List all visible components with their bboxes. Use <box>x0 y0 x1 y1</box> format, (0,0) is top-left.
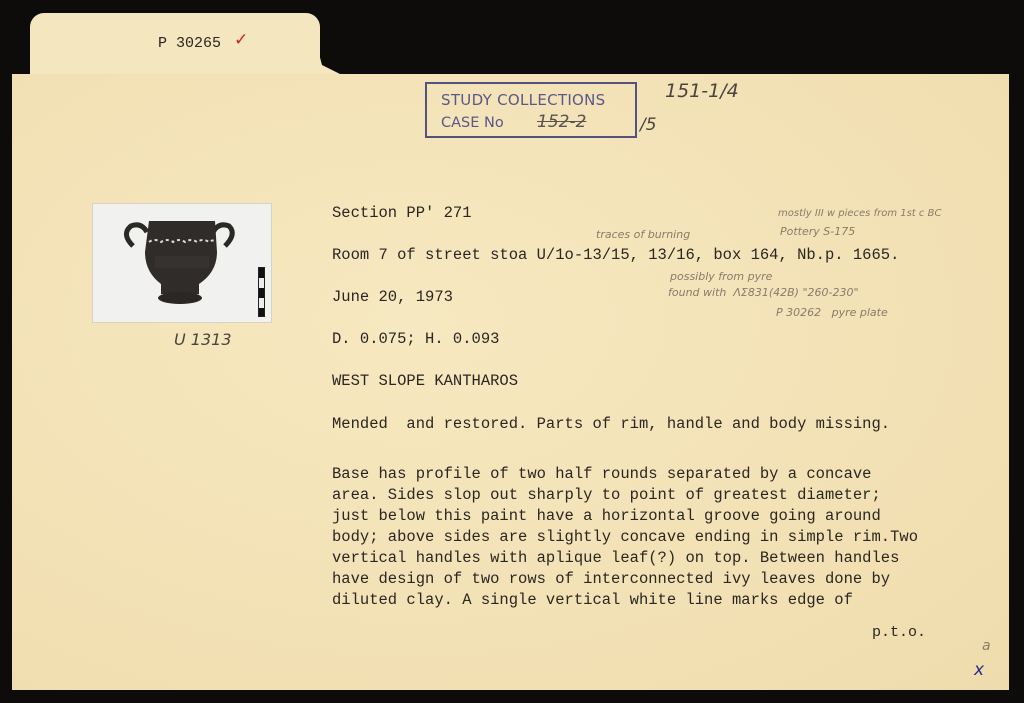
pto-note: p.t.o. <box>872 624 926 641</box>
note-corner-x: x <box>974 660 984 680</box>
condition-line: Mended and restored. Parts of rim, handl… <box>332 415 890 433</box>
description-line: have design of two rows of interconnecte… <box>332 570 890 588</box>
stamp-case-label: CASE No <box>441 115 504 131</box>
note-possibly-from-pyre: possibly from pyre <box>670 270 772 283</box>
description-line: body; above sides are slightly concave e… <box>332 528 918 546</box>
note-corner-a: a <box>982 638 991 654</box>
note-pottery: Pottery S-175 <box>780 225 855 238</box>
photo-inventory-label: U 1313 <box>174 330 232 349</box>
note-found-with: found with ΛΣ831(42B) "260-230" <box>668 286 859 299</box>
case-annotation: 151-1/4 <box>665 80 739 102</box>
stamp-title: STUDY COLLECTIONS <box>441 91 606 109</box>
title-line: WEST SLOPE KANTHAROS <box>332 372 518 390</box>
description-line: area. Sides slop out sharply to point of… <box>332 486 881 504</box>
description-line: diluted clay. A single vertical white li… <box>332 591 853 609</box>
inventory-number: P 30265 <box>158 35 221 52</box>
description-line: vertical handles with aplique leaf(?) on… <box>332 549 899 567</box>
description-line: just below this paint have a horizontal … <box>332 507 881 525</box>
date-line: June 20, 1973 <box>332 288 453 306</box>
stamp-case-value-struck: 152-2 <box>537 112 586 132</box>
note-traces-of-burning: traces of burning <box>596 228 690 241</box>
note-mostly: mostly III w pieces from 1st c BC <box>778 208 941 219</box>
section-line: Section PP' 271 <box>332 204 472 222</box>
kantharos-vase-icon <box>93 204 271 322</box>
description-line: Base has profile of two half rounds sepa… <box>332 465 872 483</box>
note-pyre-plate: P 30262 pyre plate <box>776 306 888 319</box>
card-tab-slope <box>300 20 340 80</box>
kantharos-photo <box>92 203 272 323</box>
location-line: Room 7 of street stoa U/1o-13/15, 13/16,… <box>332 246 899 264</box>
case-value-new: /5 <box>640 115 657 135</box>
study-collections-stamp: STUDY COLLECTIONS CASE No 152-2 <box>425 82 637 138</box>
scale-bar <box>258 267 265 317</box>
dimensions-line: D. 0.075; H. 0.093 <box>332 330 499 348</box>
check-mark-icon: ✓ <box>234 30 248 50</box>
